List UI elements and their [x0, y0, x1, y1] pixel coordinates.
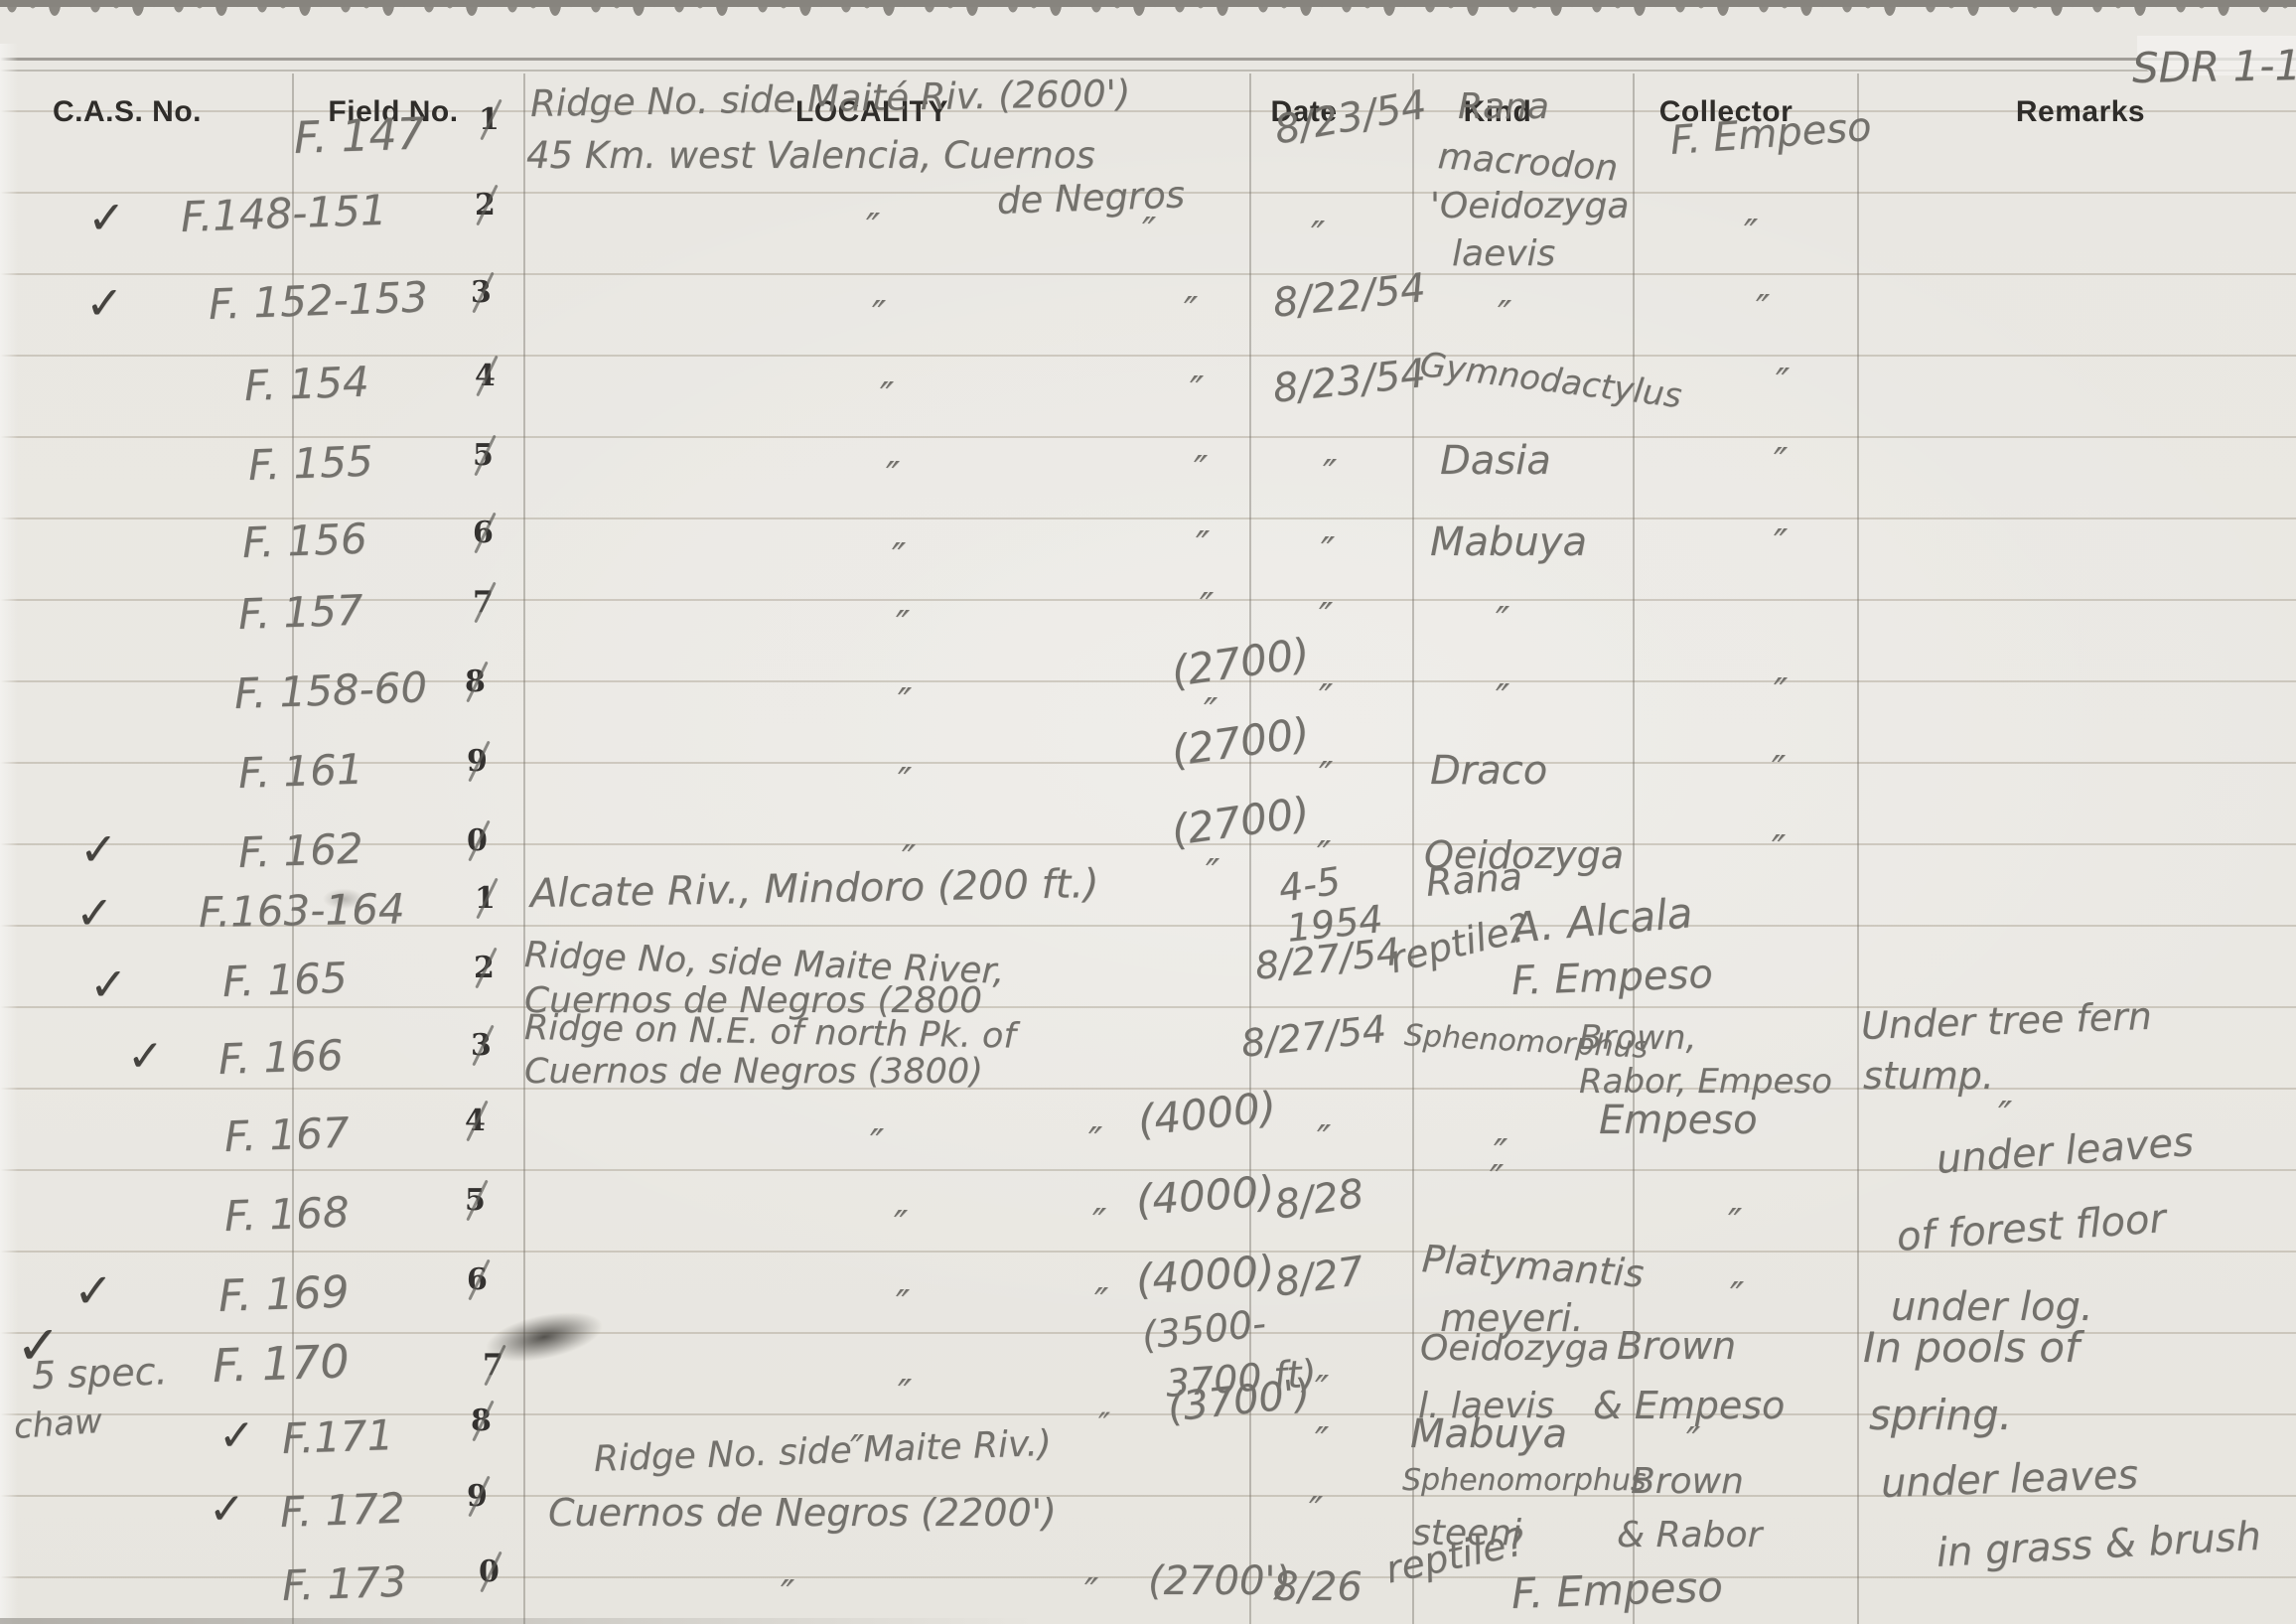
remarks-text: spring. — [1869, 1395, 2012, 1436]
torn-edge — [0, 0, 2296, 44]
field-no: F. 169 — [217, 1270, 350, 1319]
locality-text: ″ — [872, 296, 886, 334]
kind-text: Dasia — [1440, 441, 1551, 481]
line-number: 3 — [471, 1031, 492, 1061]
date-text: ″ — [1319, 598, 1333, 636]
kind-text: Oeidozyga — [1420, 1331, 1609, 1367]
collector-text: ″ — [1776, 364, 1790, 401]
locality-text: ″ — [1184, 292, 1198, 330]
collector-text: Brown — [1631, 1464, 1744, 1500]
field-no: F. 156 — [241, 518, 367, 564]
line-number: 2 — [475, 191, 496, 221]
kind-text: ″ — [1498, 296, 1511, 334]
remarks-text: stump. — [1863, 1057, 1994, 1095]
cas-mark: ✓ — [85, 280, 124, 326]
date-text: ″ — [1319, 679, 1333, 717]
collector-text: ″ — [1772, 751, 1786, 789]
field-no: F. 162 — [237, 828, 363, 874]
cas-mark: ✓ — [89, 961, 128, 1007]
locality-text: (4000) — [1135, 1250, 1276, 1301]
date-text: ″ — [1315, 1422, 1329, 1460]
locality-text: ″ — [898, 763, 912, 801]
line-number: 3 — [471, 278, 492, 308]
line-number: 4 — [475, 362, 496, 391]
locality-text: Ridge on N.E. of north Pk. of — [524, 1011, 1016, 1055]
column-divider — [523, 74, 525, 1624]
collector-text: ″ — [1730, 1277, 1744, 1315]
field-no: F. 155 — [247, 441, 373, 487]
locality-text: (4000) — [1135, 1170, 1276, 1222]
field-no: F. 173 — [281, 1561, 407, 1607]
cas-mark: ✓ — [73, 1267, 113, 1315]
line-number: 7 — [473, 588, 494, 618]
collector-text: ″ — [1744, 215, 1758, 252]
locality-text: ″ — [781, 1575, 794, 1613]
paper-bottom-edge — [0, 1618, 2296, 1624]
line-number: 0 — [479, 1557, 500, 1587]
locality-text: Ridge No. side Maité Riv. (2600') — [530, 74, 1131, 122]
line-number: 9 — [467, 1482, 488, 1512]
collector-text: ″ — [1774, 524, 1788, 562]
locality-text: ″ — [1206, 854, 1220, 892]
ledger-card: C.A.S. No. Field No. LOCALITY Date Kind … — [0, 0, 2296, 1624]
locality-text: 45 Km. west Valencia, Cuernos — [526, 137, 1095, 174]
line-number: 5 — [473, 441, 494, 471]
kind-text: Draco — [1430, 751, 1547, 791]
collector-text: & Rabor — [1617, 1518, 1762, 1553]
date-text: 8/28 — [1272, 1174, 1366, 1226]
field-no: F.171 — [281, 1414, 394, 1460]
cas-note: ✓ — [218, 1414, 255, 1458]
cas-mark: ✓ — [87, 195, 126, 240]
locality-text: Cuernos de Negros (3800) — [524, 1055, 983, 1090]
line-number: 4 — [465, 1107, 486, 1136]
collector-text: ″ — [1728, 1204, 1742, 1242]
cas-mark: ✓ — [75, 890, 114, 936]
collector-text: ″ — [1772, 830, 1786, 868]
locality-text: Cuernos de Negros (2200') — [548, 1494, 1057, 1532]
locality-text: ″ — [1190, 371, 1204, 409]
date-text: ″ — [1309, 1492, 1323, 1530]
card-top-border — [0, 58, 2296, 61]
kind-text: Mabuya — [1410, 1414, 1567, 1454]
collector-text: Rabor, Empeso — [1579, 1065, 1832, 1099]
date-text: ″ — [1315, 1371, 1329, 1408]
date-text: 8/26 — [1273, 1567, 1363, 1607]
locality-text: ″ — [1142, 213, 1156, 250]
date-text: 8/27 — [1272, 1252, 1366, 1303]
kind-text: Rana — [1425, 857, 1523, 902]
collector-text: F. Empeso — [1510, 1566, 1723, 1615]
remarks-text: In pools of — [1863, 1327, 2080, 1369]
field-no: F. 158-60 — [233, 666, 428, 715]
kind-text: Sphenomorphus — [1402, 1466, 1647, 1496]
field-no: F. 152-153 — [208, 276, 428, 326]
kind-text: ″ — [1490, 1160, 1504, 1198]
locality-text: de Negros — [996, 176, 1185, 220]
line-number: 9 — [467, 747, 488, 777]
collector-text: Brown — [1617, 1327, 1736, 1365]
locality-text: Alcate Riv., Mindoro (200 ft.) — [530, 864, 1099, 914]
collector-text: F. Empeso — [1510, 955, 1713, 1001]
locality-text: ″ — [1094, 1283, 1108, 1321]
locality-text: ″ — [896, 1285, 910, 1323]
card-top-border-inner — [0, 70, 2296, 72]
collector-text: ″ — [1756, 290, 1770, 328]
cas-note: 5 spec. — [31, 1352, 168, 1395]
date-text: ″ — [1323, 455, 1337, 493]
date-text: ″ — [1311, 217, 1325, 254]
line-number: 1 — [475, 884, 496, 914]
line-number: 0 — [467, 826, 488, 856]
remarks-text: under log. — [1891, 1287, 2093, 1327]
locality-text: ″ — [1200, 588, 1214, 626]
date-text: ″ — [1317, 1120, 1331, 1158]
field-no: F. 154 — [243, 362, 369, 407]
line-number: 8 — [465, 667, 486, 697]
locality-text: ″ — [1196, 526, 1210, 564]
locality-text: ″ — [1098, 1408, 1110, 1440]
kind-text: 'Oeidozyga — [1430, 189, 1629, 224]
locality-text: ″ — [870, 1124, 884, 1162]
locality-text: ″ — [880, 377, 894, 415]
locality-text: ″ — [894, 1206, 908, 1244]
locality-text: ″ — [892, 538, 906, 576]
line-number: 6 — [473, 518, 494, 548]
collector-text: ″ — [1774, 443, 1788, 481]
remarks-note: SDR 1-10 — [2132, 45, 2296, 89]
field-no: F. 172 — [279, 1488, 405, 1534]
field-no: F. 147 — [293, 112, 425, 161]
remarks-text: under leaves — [1880, 1455, 2138, 1504]
field-no: F. 161 — [237, 749, 363, 795]
field-no: F. 168 — [223, 1192, 350, 1238]
locality-text: ″ — [886, 457, 900, 495]
pencil-smudge — [314, 882, 373, 916]
field-no: F. 170 — [212, 1338, 350, 1389]
line-number: 5 — [465, 1186, 486, 1216]
locality-text: (2700') — [1148, 1561, 1291, 1601]
kind-text: ″ — [1496, 602, 1509, 640]
cas-mark: ✓ — [127, 1035, 164, 1079]
cas-mark: ✓ — [79, 826, 118, 872]
collector-text: Brown, — [1579, 1021, 1696, 1055]
field-no: F. 167 — [223, 1112, 350, 1158]
locality-text: ″ — [1084, 1573, 1098, 1611]
locality-text: ″ — [1194, 451, 1208, 489]
paper-left-edge — [0, 44, 18, 1624]
date-text: ″ — [1321, 532, 1335, 570]
locality-text: ″ — [898, 683, 912, 721]
line-number: 8 — [471, 1406, 492, 1436]
locality-text: ″ — [1092, 1204, 1106, 1242]
kind-text: laevis — [1452, 236, 1555, 272]
kind-text: Mabuya — [1430, 522, 1587, 562]
kind-text: Rana — [1458, 89, 1549, 125]
column-header-remarks: Remarks — [2016, 95, 2145, 129]
field-no: F. 157 — [237, 590, 363, 636]
field-no: F.163-164 — [199, 888, 405, 934]
kind-text: ″ — [1496, 679, 1509, 717]
remarks-text: Under tree fern — [1860, 997, 2152, 1045]
column-divider — [1857, 74, 1859, 1624]
field-no: F. 166 — [217, 1035, 344, 1081]
collector-text: ″ — [1686, 1422, 1700, 1460]
line-number: 2 — [474, 954, 495, 983]
cas-mark: ✓ — [209, 1488, 245, 1532]
date-text: ″ — [1319, 757, 1333, 795]
cas-mark: chaw — [13, 1404, 103, 1444]
line-number: 1 — [479, 105, 500, 135]
date-text: 4-5 — [1276, 862, 1343, 908]
collector-text: Empeso — [1599, 1101, 1758, 1140]
remarks-text: ″ — [1998, 1097, 2012, 1134]
column-header-cas-no: C.A.S. No. — [53, 95, 202, 129]
collector-text: ″ — [1774, 673, 1788, 711]
locality-text: ″ — [866, 209, 880, 246]
locality-text: ″ — [896, 606, 910, 644]
line-number: 6 — [467, 1265, 488, 1295]
locality-text: ″ — [898, 1375, 912, 1412]
locality-text: ″ — [1088, 1122, 1102, 1160]
field-no: F.148-151 — [180, 190, 387, 238]
field-no: F. 165 — [221, 958, 348, 1003]
